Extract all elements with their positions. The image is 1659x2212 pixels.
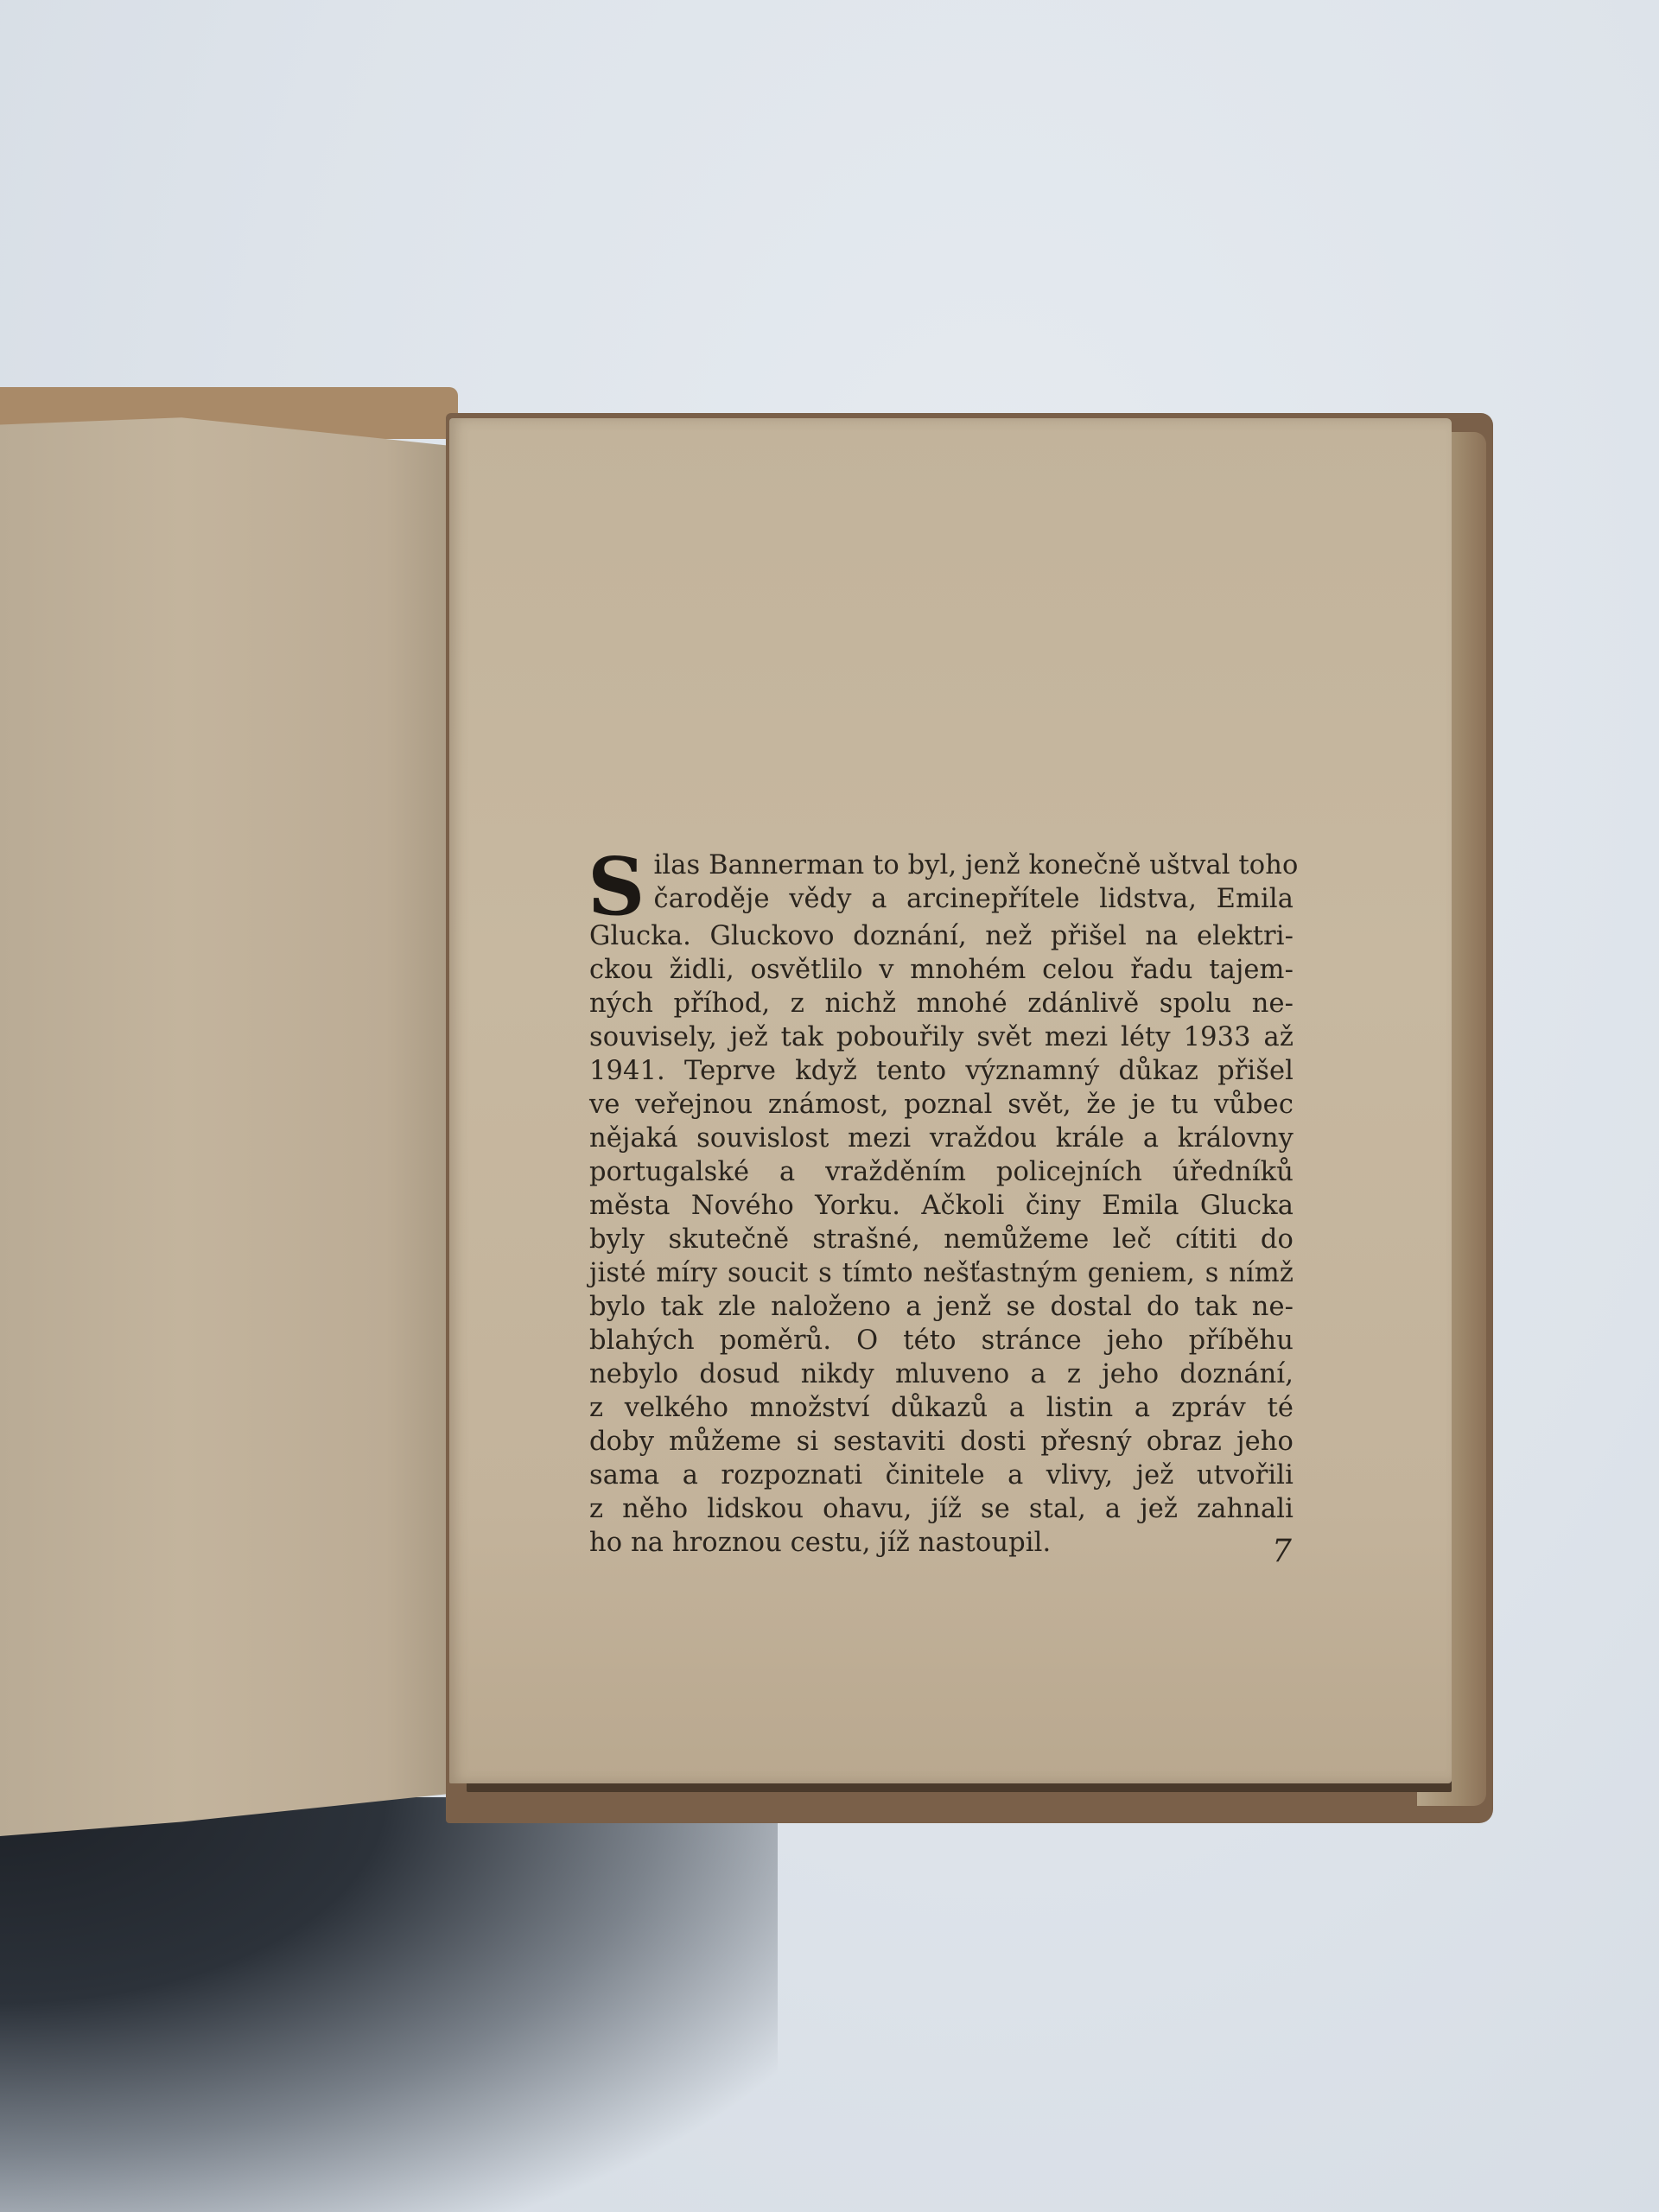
text-line: z velkého množství důkazů a listin a zpr… xyxy=(589,1391,1294,1425)
text-line: souvisely, jež tak pobouřily svět mezi l… xyxy=(589,1020,1294,1054)
text-line: ných příhod, z nichž mnohé zdánlivě spol… xyxy=(589,987,1294,1020)
text-line: z něho lidskou ohavu, jíž se stal, a jež… xyxy=(589,1492,1294,1526)
page-text: S ilas Bannerman to byl, jenž konečně uš… xyxy=(589,849,1294,1560)
text-line: bylo tak zle naloženo a jenž se dostal d… xyxy=(589,1290,1294,1324)
left-page-blank xyxy=(0,410,454,1836)
text-line: města Nového Yorku. Ačkoli činy Emila Gl… xyxy=(589,1189,1294,1223)
text-line: čaroděje vědy a arcinepřítele lidstva, E… xyxy=(589,882,1294,916)
text-line: blahých poměrů. O této stránce jeho příb… xyxy=(589,1324,1294,1357)
book-shadow xyxy=(0,1797,778,2212)
text-line: nějaká souvislost mezi vraždou krále a k… xyxy=(589,1122,1294,1155)
text-line: sama a rozpoznati činitele a vlivy, jež … xyxy=(589,1459,1294,1492)
text-line: doby můžeme si sestaviti dosti přesný ob… xyxy=(589,1425,1294,1459)
text-line: portugalské a vražděním policejních úřed… xyxy=(589,1155,1294,1189)
text-line: nebylo dosud nikdy mluveno a z jeho dozn… xyxy=(589,1357,1294,1391)
text-line: ckou židli, osvětlilo v mnohém celou řad… xyxy=(589,953,1294,987)
text-line: ve veřejnou známost, poznal svět, že je … xyxy=(589,1088,1294,1122)
text-line: 1941. Teprve když tento významný důkaz p… xyxy=(589,1054,1294,1088)
text-line: ilas Bannerman to byl, jenž konečně uštv… xyxy=(589,849,1294,882)
page-number: 7 xyxy=(1272,1534,1292,1569)
text-line: Glucka. Gluckovo doznání, než přišel na … xyxy=(589,919,1294,953)
drop-cap: S xyxy=(588,854,645,919)
text-line: ho na hroznou cestu, jíž nastoupil. xyxy=(589,1526,1294,1560)
text-line: byly skutečně strašné, nemůžeme leč cíti… xyxy=(589,1223,1294,1256)
text-line: jisté míry soucit s tímto nešťastným gen… xyxy=(589,1256,1294,1290)
